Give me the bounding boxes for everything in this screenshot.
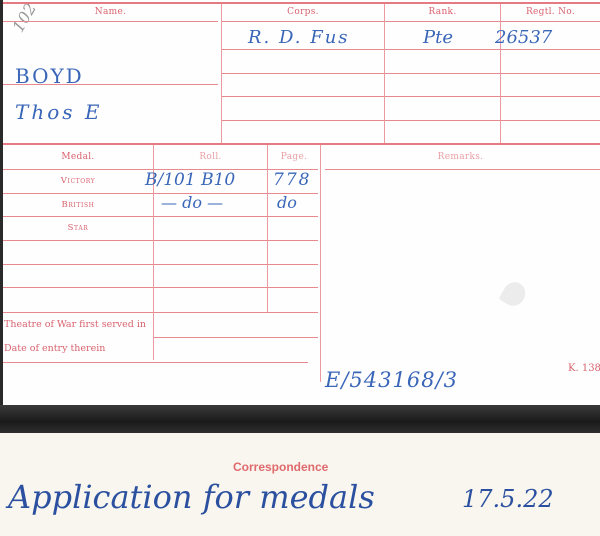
medal-british-label: British [3, 200, 153, 210]
british-roll: — do — [161, 193, 223, 212]
forename: Thos E [15, 100, 102, 124]
correspondence-date: 17.5.22 [462, 485, 554, 513]
rank-value: Pte [423, 27, 453, 48]
col-divider-page [320, 145, 321, 382]
col-divider-roll [267, 145, 268, 312]
medal-rule-4 [3, 264, 318, 265]
rank-header: Rank. [385, 7, 500, 17]
correspondence-stamp: Correspondence [233, 460, 328, 474]
medal-rule-5 [3, 287, 318, 288]
roll-header: Roll. [154, 152, 267, 162]
name-header-rule [3, 21, 218, 22]
medal-rule-3 [3, 240, 318, 241]
form-code: K. 138 [568, 363, 600, 374]
correspondence-note: Application for medals [8, 478, 375, 516]
regtl-no-value: 26537 [495, 27, 552, 48]
row-rule-1 [222, 49, 600, 50]
medal-rule-6 [3, 312, 318, 313]
remarks-header: Remarks. [321, 152, 600, 162]
row-rule-4 [222, 120, 600, 121]
regtl-no-header: Regtl. No. [501, 7, 600, 17]
top-rule [3, 2, 600, 4]
date-label: Date of entry therein [4, 343, 105, 354]
medal-header: Medal. [3, 152, 153, 162]
leaf-watermark-icon [498, 278, 529, 310]
pencil-note: 102 [8, 0, 40, 35]
card-gap [0, 405, 600, 433]
medal-star-label: Star [3, 223, 153, 233]
medal-index-card: 102 Name. Corps. Rank. Regtl. No. BOYD T… [3, 0, 600, 405]
page-header: Page. [268, 152, 320, 162]
surname: BOYD [15, 64, 84, 88]
british-page: do [277, 193, 297, 212]
victory-roll: B/101 B10 [145, 170, 235, 190]
corps-header-rule [222, 21, 600, 22]
date-rule [3, 362, 308, 363]
theatre-label: Theatre of War first served in [4, 319, 146, 330]
victory-page: 778 [273, 170, 311, 190]
theatre-rule [153, 337, 318, 338]
medal-rule-2 [3, 216, 318, 217]
section-rule [3, 143, 600, 145]
row-rule-3 [222, 96, 600, 97]
corps-header: Corps. [222, 7, 384, 17]
col-divider-rank [500, 4, 501, 143]
remarks-header-rule [325, 169, 600, 170]
col-divider-corps [384, 4, 385, 143]
row-rule-2 [222, 73, 600, 74]
reference-number: E/543168/3 [325, 368, 458, 392]
corps-value: R. D. Fus [248, 27, 350, 48]
name-header: Name. [3, 7, 218, 17]
col-divider-name [221, 4, 222, 143]
medal-victory-label: Victory [3, 176, 153, 186]
